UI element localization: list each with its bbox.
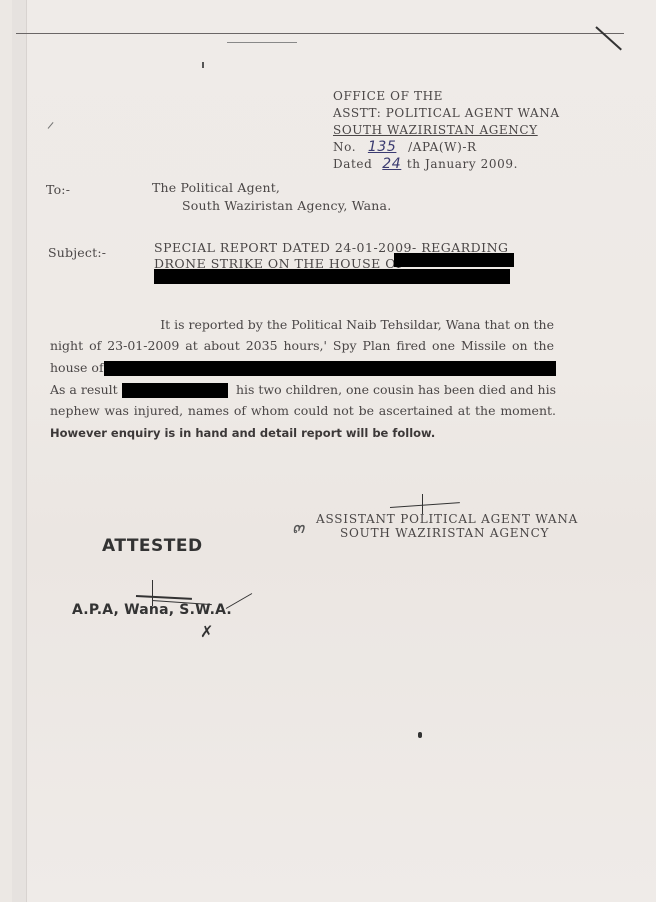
scanned-page: OFFICE OF THE ASSTT: POLITICAL AGENT WAN… xyxy=(12,0,656,902)
header-rule xyxy=(16,33,624,34)
attest-signature-stroke xyxy=(136,595,192,600)
signatory-agency: SOUTH WAZIRISTAN AGENCY xyxy=(340,526,549,540)
recipient-line: South Waziristan Agency, Wana. xyxy=(182,198,391,213)
to-label: To:- xyxy=(46,182,70,197)
reference-number: No.135/APA(W)-R xyxy=(333,139,477,156)
initials-mark: ๓ xyxy=(292,512,305,541)
redaction-box xyxy=(122,383,228,398)
recipient-line: The Political Agent, xyxy=(152,180,280,195)
page-edge xyxy=(12,0,27,902)
pen-stroke xyxy=(595,26,622,50)
redaction-box xyxy=(154,269,510,284)
signatory-title: ASSISTANT POLITICAL AGENT WANA xyxy=(316,512,578,526)
attested-stamp: ATTESTED xyxy=(102,536,203,556)
body-line: nephew was injured, names of whom could … xyxy=(50,401,556,421)
pen-mark xyxy=(48,122,54,129)
speck xyxy=(202,62,204,68)
redaction-box xyxy=(104,361,556,376)
handwritten-day: 24 xyxy=(377,156,407,173)
handwritten-number: 135 xyxy=(356,139,408,156)
initials-mark: ✗ xyxy=(200,622,214,641)
redaction-box xyxy=(394,253,514,267)
date-line: Dated 24th January 2009. xyxy=(333,156,518,173)
office-line: ASSTT: POLITICAL AGENT WANA xyxy=(333,105,560,122)
subject-label: Subject:- xyxy=(48,245,106,260)
speck xyxy=(418,732,422,738)
signature-stroke xyxy=(422,494,423,514)
body-line: his two children, one cousin has been di… xyxy=(234,380,556,400)
office-line: SOUTH WAZIRISTAN AGENCY xyxy=(333,122,538,139)
office-line: OFFICE OF THE xyxy=(333,88,443,105)
body-line: night of 23-01-2009 at about 2035 hours,… xyxy=(50,336,554,356)
signature-stroke xyxy=(390,502,460,508)
header-rule-short xyxy=(227,42,297,43)
body-line: It is reported by the Political Naib Teh… xyxy=(158,315,554,335)
attest-seal: A.P.A, Wana, S.W.A. xyxy=(72,602,232,618)
body-line: However enquiry is in hand and detail re… xyxy=(50,423,550,443)
